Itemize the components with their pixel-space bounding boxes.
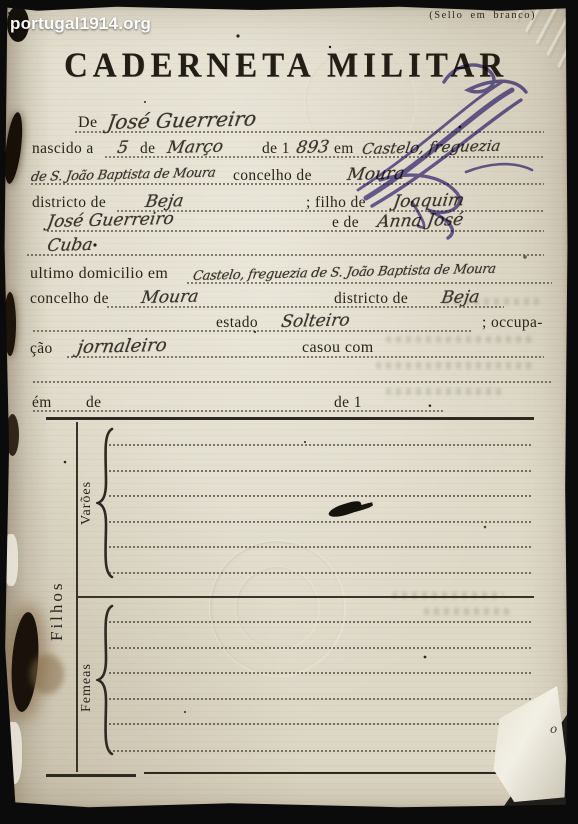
table-label-varoes: Varões xyxy=(80,454,94,552)
fold-pen-mark: o xyxy=(550,722,557,736)
label-occupa: ; occupa- xyxy=(482,315,543,331)
handwritten-occupacao: jornaleiro xyxy=(76,337,168,357)
table-label-femeas: Femeas xyxy=(80,642,94,734)
table-bottom-rule-left xyxy=(46,774,136,777)
handwritten-districto: Beja xyxy=(440,289,481,307)
label-de2: de xyxy=(86,395,101,411)
varoes-brace xyxy=(96,427,116,579)
site-watermark: portugal1914.org xyxy=(10,14,151,34)
label-nascido-a: nascido a xyxy=(32,141,94,157)
label-casou-com: casou com xyxy=(302,340,374,356)
table-row xyxy=(108,444,532,446)
handwritten-name: José Guerreiro xyxy=(106,108,258,132)
ink-blot xyxy=(327,499,363,519)
label-estado: estado xyxy=(216,315,258,331)
form-line-date: ém de de 1 . xyxy=(4,384,568,412)
paper-page: (Sello em branco) CADERNETA MILITAR De J… xyxy=(4,6,568,808)
burn-halo xyxy=(30,654,64,694)
table-row xyxy=(108,647,532,649)
table-group-label-filhos: Filhos xyxy=(48,566,65,656)
handwritten-estado: Solteiro xyxy=(280,312,351,331)
handwritten-father-name-cont: José Guerreiro xyxy=(46,211,175,231)
dotted-leader xyxy=(26,254,544,256)
signature-flourish-stamp xyxy=(316,52,560,248)
table-row xyxy=(108,521,532,523)
form-line-domicile-district: concelho de Moura districto de Beja xyxy=(4,282,568,308)
handwritten-concelho: Moura xyxy=(140,289,200,307)
edge-chip xyxy=(4,534,18,586)
edge-chip xyxy=(4,722,22,784)
table-row xyxy=(108,572,532,574)
label-de: De xyxy=(78,115,97,131)
table-bottom-rule-right xyxy=(144,772,532,774)
form-line-blank xyxy=(4,357,568,383)
label-districto-de: districto de xyxy=(334,291,408,307)
label-period: . xyxy=(428,395,432,411)
label-concelho-de: concelho de xyxy=(233,168,312,184)
label-de-1b: de 1 xyxy=(334,395,362,411)
dotted-leader xyxy=(32,381,552,383)
femeas-brace xyxy=(96,604,116,756)
handwritten-birth-place-cont: de S. João Baptista de Moura xyxy=(30,167,216,184)
table-row xyxy=(108,546,532,548)
bleed-through xyxy=(424,608,510,615)
binding-stain xyxy=(6,414,19,456)
table-section-divider xyxy=(76,596,534,598)
corner-fold-flap xyxy=(492,686,566,802)
table-row xyxy=(108,621,532,623)
label-de: de xyxy=(140,141,155,157)
handwritten-birth-day: 5 xyxy=(116,140,129,157)
handwritten-mother-name-cont: Cuba xyxy=(46,237,94,255)
table-row xyxy=(108,750,532,752)
table-top-rule xyxy=(46,417,534,420)
form-line-status: estado Solteiro ; occupa- xyxy=(4,306,568,332)
scanned-military-booklet-page: (Sello em branco) CADERNETA MILITAR De J… xyxy=(0,0,578,824)
table-row xyxy=(108,495,532,497)
label-cao: ção xyxy=(30,341,53,357)
embossed-seal-inner xyxy=(235,566,319,650)
form-line-domicile: ultimo domicilio em Castelo, freguezia d… xyxy=(4,258,568,284)
label-concelho-de: concelho de xyxy=(30,291,109,307)
table-row xyxy=(108,723,532,725)
label-de-1: de 1 xyxy=(262,141,290,157)
label-em2: ém xyxy=(32,395,52,411)
table-row xyxy=(108,698,532,700)
sello-em-branco-note: (Sello em branco) xyxy=(429,10,536,21)
table-row xyxy=(108,470,532,472)
form-line-occupation: ção jornaleiro casou com xyxy=(4,332,568,358)
label-ultimo-domicilio: ultimo domicilio em xyxy=(30,266,168,282)
table-row xyxy=(108,672,532,674)
handwritten-birth-month: Março xyxy=(166,139,224,157)
handwritten-domicilio: Castelo, freguezia de S. João Baptista d… xyxy=(192,263,497,283)
